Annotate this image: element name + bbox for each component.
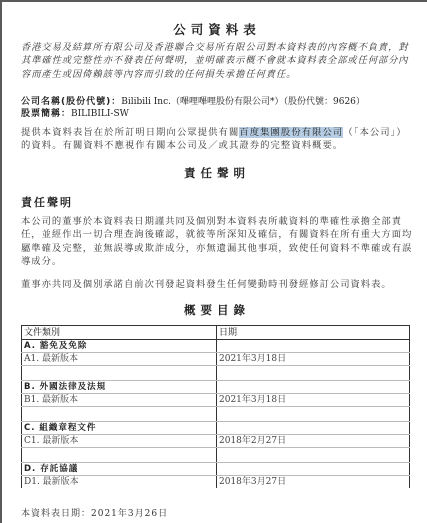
row-item-c1: C1. 最新版本 [22,435,217,448]
row-item-b1: B1. 最新版本 [22,394,217,407]
table-spacer-row [22,448,410,463]
company-name-line: 公司名稱(股份代號)：Bilibili Inc.（嗶哩嗶哩股份有限公司*）（股份… [21,96,365,108]
table-spacer-row [22,366,410,381]
page-title: 公司資料表 [21,20,413,38]
disclaimer-text: 香港交易及結算所有限公司及香港聯合交易所有限公司對本資料表的內容概不負責，對其準… [21,41,413,81]
table-spacer-row [22,407,410,422]
selected-text-highlight[interactable]: 百度集團股份有限公司 [239,127,343,138]
section-label-b: B. 外國法律及法規 [24,382,106,392]
table-section-row-d: D. 存託協議 [22,463,410,476]
responsibility-sub-heading: 責任聲明 [21,194,73,210]
summary-table: 文件類別 日期 A. 豁免及免除 A1. 最新版本 2021年3月18日 B. … [21,325,410,488]
responsibility-paragraph-2: 董事亦共同及個別承諾自前次刊發起資料發生任何變動時刊發經修訂公司資料表。 [21,278,413,291]
row-date-c1: 2018年2月27日 [217,435,410,448]
responsibility-section-title: 責任聲明 [21,165,413,181]
row-item-a1: A1. 最新版本 [22,353,217,366]
row-date-a1: 2021年3月18日 [217,353,410,366]
stock-short-name-line: 股票簡稱：BILIBILI-SW [21,108,129,120]
header-date: 日期 [217,326,410,340]
header-document-type: 文件類別 [22,326,217,340]
table-row: D1. 最新版本 2018年3月27日 [22,476,410,489]
table-section-row-a: A. 豁免及免除 [22,340,410,353]
responsibility-paragraph-1: 本公司的董事於本資料表日期謹共同及個別對本資料表所載資料的準確性承擔全部責任，並… [21,215,413,269]
section-label-d: D. 存託協議 [24,464,78,474]
table-section-row-c: C. 組織章程文件 [22,422,410,435]
row-item-d1: D1. 最新版本 [22,476,217,489]
company-name-value: Bilibili Inc.（嗶哩嗶哩股份有限公司*）（股份代號：9626） [121,97,365,107]
toc-section-title: 概要目錄 [21,302,413,318]
table-section-row-b: B. 外國法律及法規 [22,381,410,394]
section-label-c: C. 組織章程文件 [24,423,96,433]
row-date-d1: 2018年3月27日 [217,476,410,489]
purpose-paragraph: 提供本資料表旨在於所訂明日期向公眾提供有關百度集團股份有限公司（「本公司」）的資… [21,126,413,153]
stock-short-name-value: BILIBILI-SW [71,109,129,119]
section-label-a: A. 豁免及免除 [24,341,87,351]
table-header-row: 文件類別 日期 [22,326,410,340]
table-row: B1. 最新版本 2021年3月18日 [22,394,410,407]
row-date-b1: 2021年3月18日 [217,394,410,407]
stock-short-name-label: 股票簡稱： [21,109,71,119]
table-row: C1. 最新版本 2018年2月27日 [22,435,410,448]
table-row: A1. 最新版本 2021年3月18日 [22,353,410,366]
purpose-text-before: 提供本資料表旨在於所訂明日期向公眾提供有關 [21,127,239,138]
company-name-label: 公司名稱(股份代號)： [21,97,121,107]
sheet-date: 本資料表日期：2021年3月26日 [21,506,168,519]
